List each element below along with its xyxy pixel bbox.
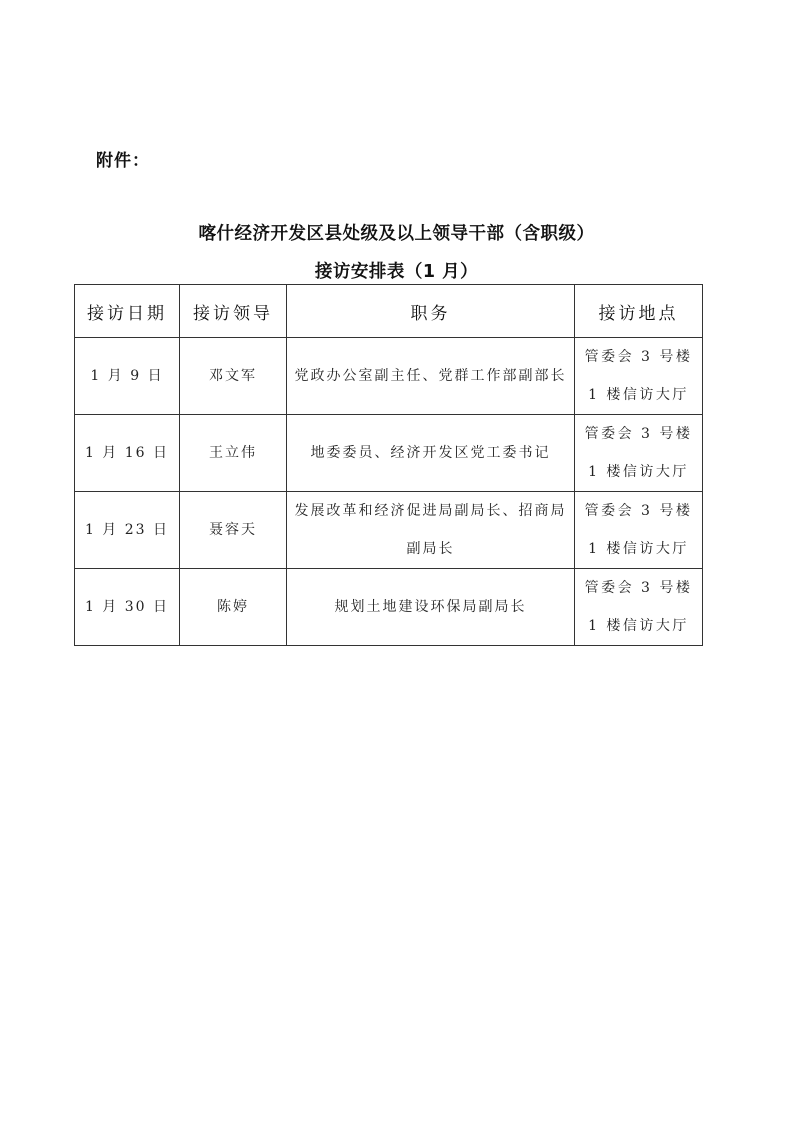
- cell-date: 1 月 23 日: [75, 492, 180, 569]
- header-date: 接访日期: [75, 285, 180, 338]
- cell-position: 规划土地建设环保局副局长: [287, 569, 575, 646]
- table-row: 1 月 16 日 王立伟 地委委员、经济开发区党工委书记 管委会 3 号楼 1 …: [75, 415, 703, 492]
- cell-leader: 聂容天: [180, 492, 287, 569]
- table-row: 1 月 23 日 聂容天 发展改革和经济促进局副局长、招商局副局长 管委会 3 …: [75, 492, 703, 569]
- cell-position: 地委委员、经济开发区党工委书记: [287, 415, 575, 492]
- cell-location: 管委会 3 号楼 1 楼信访大厅: [575, 415, 703, 492]
- schedule-table: 接访日期 接访领导 职务 接访地点 1 月 9 日 邓文军 党政办公室副主任、党…: [74, 284, 703, 646]
- document-subtitle: 接访安排表（1 月）: [0, 258, 793, 283]
- header-leader: 接访领导: [180, 285, 287, 338]
- table-row: 1 月 30 日 陈婷 规划土地建设环保局副局长 管委会 3 号楼 1 楼信访大…: [75, 569, 703, 646]
- attachment-label: 附件：: [96, 146, 150, 171]
- cell-location: 管委会 3 号楼 1 楼信访大厅: [575, 569, 703, 646]
- cell-date: 1 月 16 日: [75, 415, 180, 492]
- table-row: 1 月 9 日 邓文军 党政办公室副主任、党群工作部副部长 管委会 3 号楼 1…: [75, 338, 703, 415]
- header-position: 职务: [287, 285, 575, 338]
- table-header-row: 接访日期 接访领导 职务 接访地点: [75, 285, 703, 338]
- cell-location: 管委会 3 号楼 1 楼信访大厅: [575, 338, 703, 415]
- cell-location: 管委会 3 号楼 1 楼信访大厅: [575, 492, 703, 569]
- cell-date: 1 月 9 日: [75, 338, 180, 415]
- cell-leader: 邓文军: [180, 338, 287, 415]
- document-title: 喀什经济开发区县处级及以上领导干部（含职级）: [0, 220, 793, 245]
- cell-leader: 陈婷: [180, 569, 287, 646]
- cell-position: 党政办公室副主任、党群工作部副部长: [287, 338, 575, 415]
- cell-date: 1 月 30 日: [75, 569, 180, 646]
- cell-leader: 王立伟: [180, 415, 287, 492]
- header-location: 接访地点: [575, 285, 703, 338]
- cell-position: 发展改革和经济促进局副局长、招商局副局长: [287, 492, 575, 569]
